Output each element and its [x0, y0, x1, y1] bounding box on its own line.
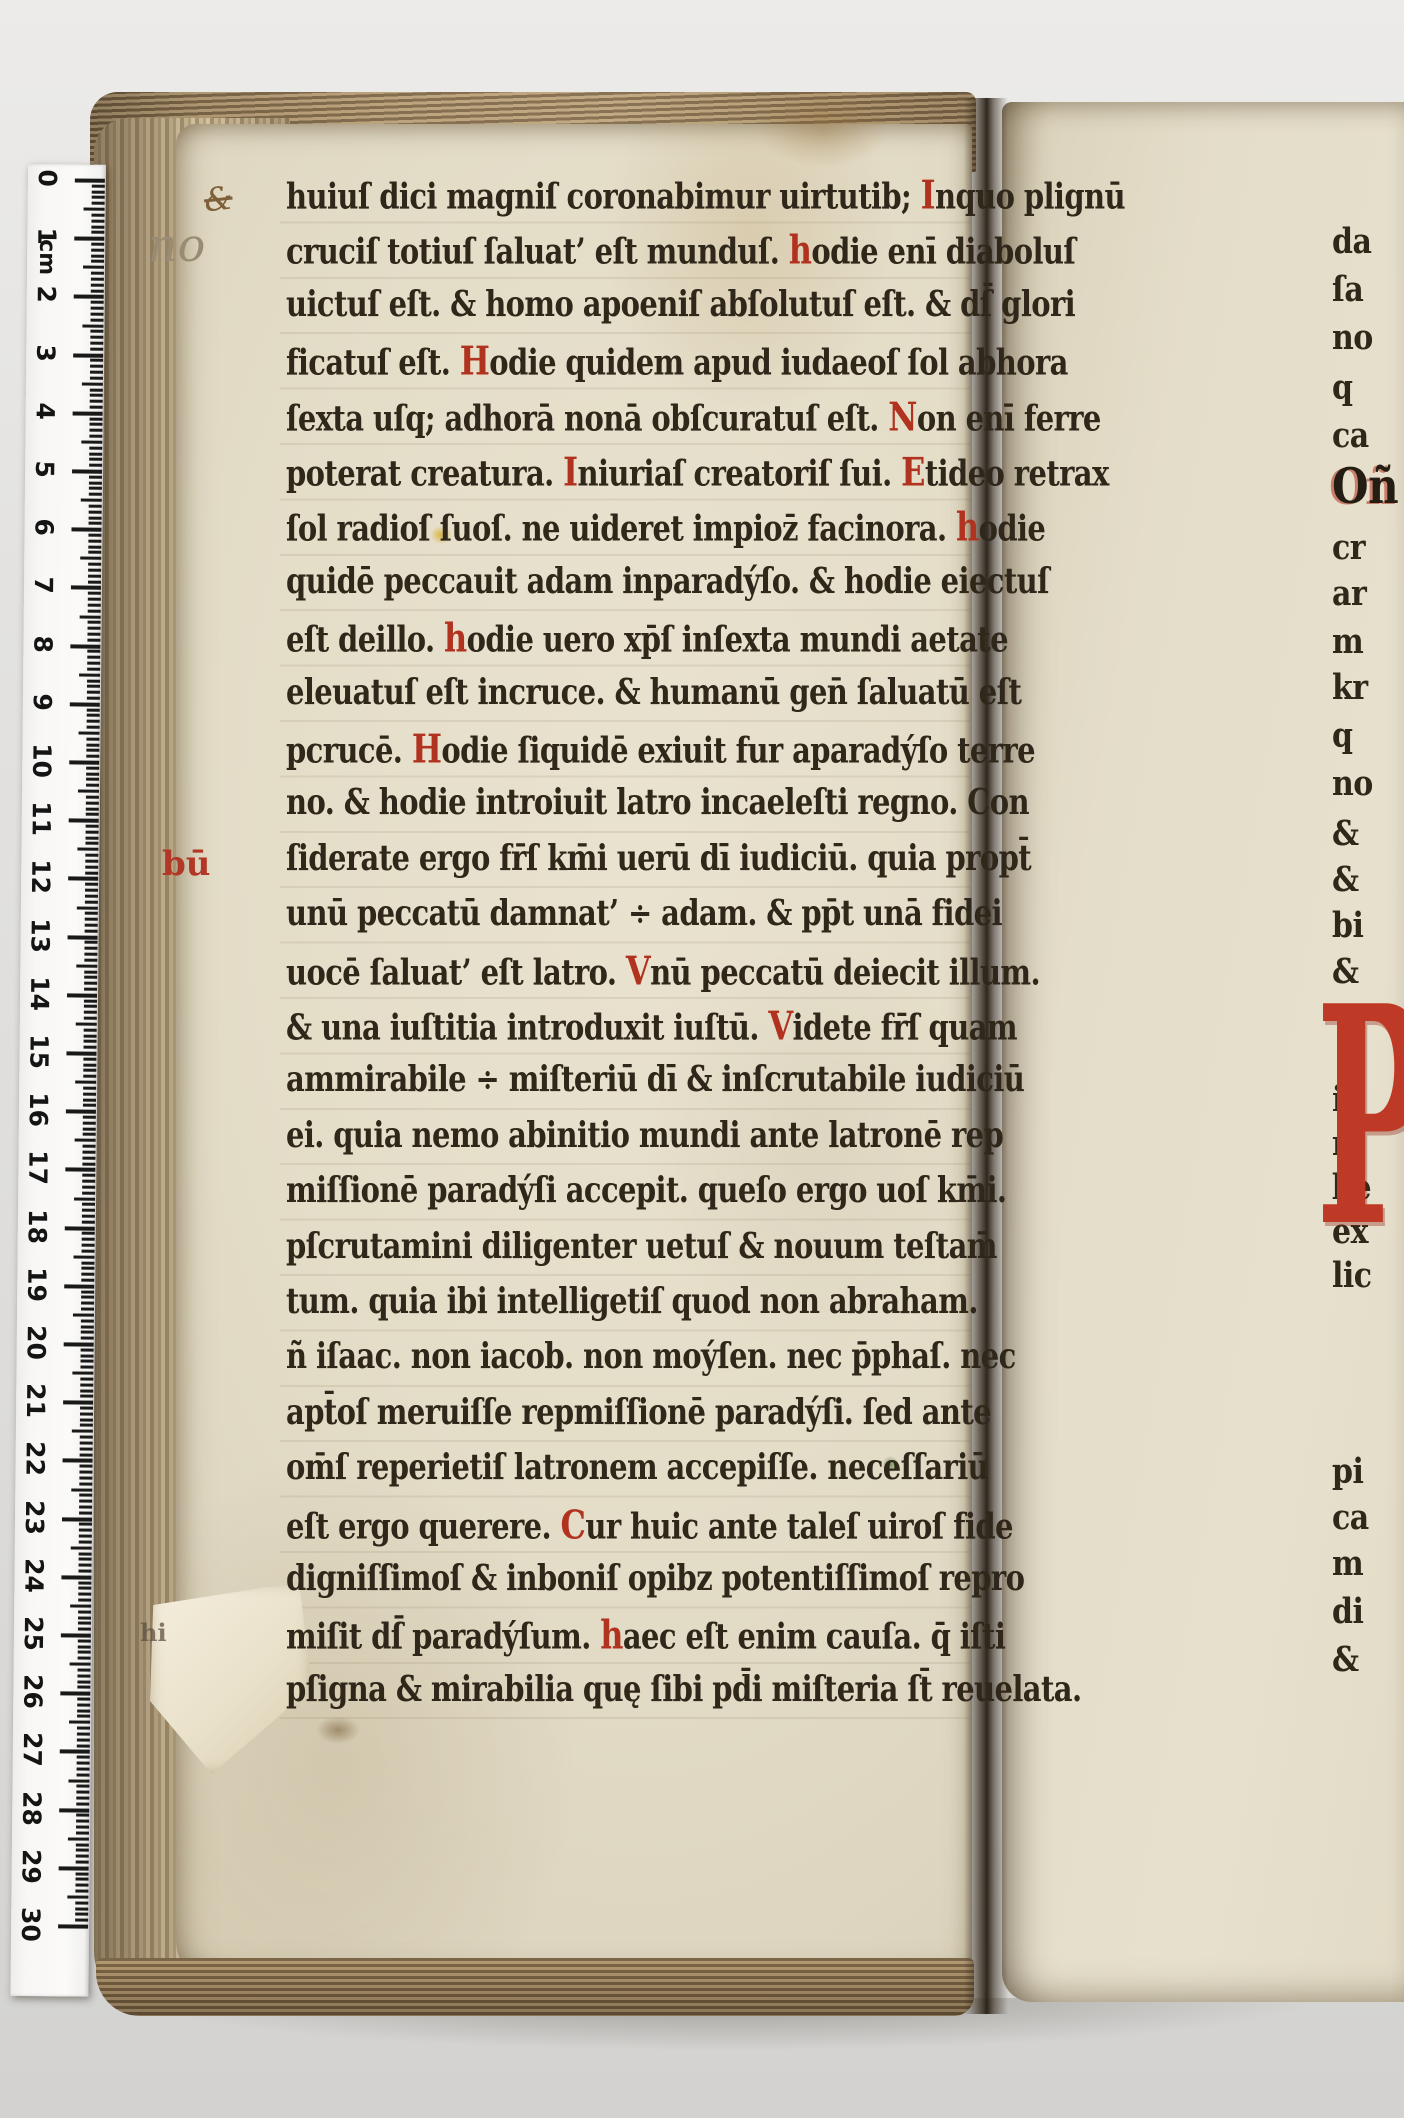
- ruler-tick: [82, 1220, 95, 1223]
- ruler-tick: [91, 289, 104, 292]
- ruler-tick: [91, 254, 104, 257]
- manuscript-line: eſt ergo querere. Cur huic ante taleſ ui…: [286, 1502, 1013, 1548]
- ruler-tick: [79, 1471, 92, 1474]
- ruler-tick: [78, 1628, 91, 1631]
- ruler-tick: [77, 1756, 90, 1759]
- ruler-tick: [77, 1703, 90, 1706]
- ruler-tick: [76, 1791, 89, 1794]
- ruler-tick: [91, 272, 104, 275]
- ruler-tick: [82, 382, 103, 385]
- ruler-number: 29: [15, 1849, 47, 1883]
- ruler-tick: [85, 854, 98, 857]
- ruler-tick: [77, 1674, 90, 1677]
- manuscript-line: uictuſ eſt. & homo apoeniſ abſolutuſ eſt…: [286, 283, 1075, 324]
- text-run: pſcrutamini diligenter uetuſ & nouum teſ…: [286, 1225, 997, 1266]
- text-run: quidē peccauit adam inparadýſo. & hodie …: [286, 560, 1049, 601]
- ruler-tick: [91, 243, 104, 246]
- ruler-tick: [83, 1151, 96, 1154]
- ruler-tick: [91, 248, 104, 251]
- ruler-tick: [84, 988, 97, 991]
- manuscript-line: pſcrutamini diligenter uetuſ & nouum teſ…: [286, 1225, 997, 1266]
- rubricated-initial: H: [412, 726, 442, 772]
- ruler-tick: [81, 499, 102, 502]
- book-bottom-page-edges: [96, 1958, 974, 2016]
- marginalia-note: bū: [162, 844, 211, 884]
- ruler-tick: [88, 598, 101, 601]
- ruler-tick: [84, 1011, 97, 1014]
- ruler-number: 21: [19, 1383, 51, 1417]
- ruler-tick: [88, 539, 101, 542]
- ruler-tick: [70, 702, 100, 706]
- ruler-tick: [89, 505, 102, 508]
- recto-text-fragment: di: [1332, 1592, 1363, 1632]
- ruler-tick: [92, 190, 105, 193]
- ruler-tick: [73, 353, 103, 357]
- ruler-tick: [90, 417, 103, 420]
- manuscript-line: ei. quia nemo abinitio mundi ante latron…: [286, 1114, 1003, 1155]
- ruler-tick: [78, 790, 99, 793]
- ruler-tick: [84, 976, 97, 979]
- ruler-tick: [75, 1139, 96, 1142]
- stain: [758, 92, 888, 168]
- manuscript-line: miſit dſ̄ paradýſum. haec eſt enim cauſa…: [286, 1612, 1005, 1658]
- ruler-tick: [82, 1209, 95, 1212]
- text-run: odie enī diaboluſ: [811, 231, 1075, 272]
- ruler-tick: [80, 1366, 93, 1369]
- ruler-tick: [63, 1459, 93, 1463]
- ruler-tick: [85, 941, 98, 944]
- ruler-tick: [84, 1017, 97, 1020]
- ruler-tick: [82, 1244, 95, 1247]
- rubricated-initial: N: [888, 394, 917, 440]
- rubricated-initial: h: [789, 227, 812, 273]
- ruler-tick: [86, 801, 99, 804]
- recto-text-fragment: bi: [1332, 906, 1363, 946]
- ruler-tick: [80, 1441, 93, 1444]
- ruler-tick: [91, 312, 104, 315]
- recto-text-fragment: ca: [1332, 416, 1369, 456]
- ruler-tick: [81, 1279, 94, 1282]
- ruler-tick: [90, 376, 103, 379]
- text-run: aec eſt enim cauſa. q̄ iſti: [623, 1616, 1005, 1657]
- text-run: ficatuſ eſt.: [286, 342, 460, 383]
- ruler-tick: [75, 1081, 96, 1084]
- ruler-tick: [76, 1878, 89, 1881]
- ruler-tick: [59, 1808, 89, 1812]
- ruler-tick: [77, 1744, 90, 1747]
- ruler-number: 3: [29, 336, 61, 370]
- ruler-tick: [82, 1232, 95, 1235]
- ruler-tick: [70, 1604, 91, 1607]
- manuscript-line: apt̄oſ meruiſſe repmiſſionē paradýſi. ſe…: [286, 1391, 991, 1432]
- ruler-tick: [64, 1284, 94, 1288]
- ruler-tick: [87, 667, 100, 670]
- ruler-tick: [81, 1337, 94, 1340]
- ruler-tick: [82, 1156, 95, 1159]
- ruler-tick: [77, 1698, 90, 1701]
- ruler-tick: [83, 1098, 96, 1101]
- ruler-tick: [61, 1575, 91, 1579]
- ruler-tick: [83, 1075, 96, 1078]
- text-run: pcrucē.: [286, 730, 412, 771]
- ruler-tick: [86, 813, 99, 816]
- text-run: miſſionē paradýſi accepit. queſo ergo uo…: [286, 1169, 1006, 1210]
- ruler-tick: [68, 935, 98, 939]
- manuscript-line: quidē peccauit adam inparadýſo. & hodie …: [286, 560, 1049, 601]
- ruler-tick: [79, 1558, 92, 1561]
- ruler-tick: [85, 900, 98, 903]
- ruler-tick: [90, 388, 103, 391]
- text-run: no. & hodie introiuit latro incaeleſti r…: [286, 781, 1029, 822]
- ruler-tick: [77, 1773, 90, 1776]
- ruler-tick: [79, 1494, 92, 1497]
- ruler-tick: [74, 295, 104, 299]
- ruler-tick: [88, 609, 101, 612]
- ruler-number: 13: [23, 918, 55, 952]
- ruler-tick: [81, 1273, 94, 1276]
- ruler-tick: [80, 1436, 93, 1439]
- ruler-tick: [61, 1633, 91, 1637]
- ruler-tick: [85, 842, 98, 845]
- ruler-tick: [87, 662, 100, 665]
- ruler-tick: [80, 1377, 93, 1380]
- ruler-tick: [76, 1814, 89, 1817]
- ruler-tick: [87, 650, 100, 653]
- ruler-tick: [75, 1919, 88, 1922]
- manuscript-line: poterat creatura. Iniuriaſ creatoriſ ſui…: [286, 449, 1109, 495]
- manuscript-line: ſol radioſ ſuoſ. ne uideret impioz̄ faci…: [286, 504, 1045, 550]
- ruler-scale: 0123456789101112131415161718192021222324…: [28, 164, 106, 165]
- ruler-tick: [81, 1261, 94, 1264]
- ruler-number: 10: [25, 743, 57, 777]
- ruler-tick: [91, 231, 104, 234]
- ruler-tick: [88, 551, 101, 554]
- ruler-tick: [89, 464, 102, 467]
- text-run: odie ſiquidē exiuit fur aparadýſo terre: [441, 730, 1035, 771]
- ruler-number: 5: [28, 452, 60, 486]
- ruler-tick: [79, 1482, 92, 1485]
- recto-text-fragment: q: [1332, 716, 1352, 756]
- ruler-tick: [66, 1110, 96, 1114]
- ruler-tick: [76, 1826, 89, 1829]
- text-run: unū peccatū damnat’ ÷ adam. & pp̄t unā f…: [286, 892, 1002, 933]
- manuscript-line: eſt deillo. hodie uero xp̄ſ inſexta mund…: [286, 615, 1008, 661]
- ruler-tick: [90, 359, 103, 362]
- ruler-tick: [76, 1022, 97, 1025]
- ruler-tick: [77, 1767, 90, 1770]
- ruler-tick: [89, 452, 102, 455]
- ruler-tick: [77, 1738, 90, 1741]
- manuscript-line: pſigna & mirabilia quę ſibi pd̄i miſteri…: [286, 1668, 1081, 1709]
- text-run: cruciſ totiuſ ſaluat’ eſt munduſ.: [286, 231, 789, 272]
- ruler-tick: [72, 1372, 93, 1375]
- ruler-tick: [86, 749, 99, 752]
- ruler-tick: [83, 1092, 96, 1095]
- ruler-tick: [85, 912, 98, 915]
- text-run: uictuſ eſt. & homo apoeniſ abſolutuſ eſt…: [286, 283, 1075, 324]
- ruler-tick: [85, 871, 98, 874]
- ruler-tick: [69, 819, 99, 823]
- ruler-tick: [85, 889, 98, 892]
- ruler-tick: [87, 679, 100, 682]
- manuscript-photo: huiuſ dici magniſ coronabimur uirtutib; …: [0, 0, 1404, 2118]
- manuscript-line: huiuſ dici magniſ coronabimur uirtutib; …: [286, 172, 1125, 218]
- ruler-tick: [91, 219, 104, 222]
- recto-text-fragment: &: [1332, 814, 1359, 854]
- ruler-number: 28: [15, 1791, 47, 1825]
- ruler-tick: [84, 208, 105, 211]
- ruler-tick: [84, 982, 97, 985]
- ruler-tick: [70, 644, 100, 648]
- ruler-tick: [83, 1063, 96, 1066]
- ruler-number: 24: [17, 1558, 49, 1592]
- ruler-tick: [81, 1290, 94, 1293]
- ruler-tick: [59, 1866, 89, 1870]
- recto-text-fragment: m: [1332, 622, 1363, 662]
- ruler-tick: [78, 1587, 91, 1590]
- ruler-number: 23: [18, 1500, 50, 1534]
- ruler-tick: [79, 1511, 92, 1514]
- ruler-tick: [79, 731, 100, 734]
- ruler-tick: [81, 440, 102, 443]
- ruler-tick: [90, 347, 103, 350]
- rubricated-initial: V: [626, 948, 650, 994]
- ruler-tick: [80, 1424, 93, 1427]
- ruler-tick: [90, 394, 103, 397]
- text-run: tum. quia ibi intelligetiſ quod non abra…: [286, 1280, 978, 1321]
- ruler-tick: [78, 1645, 91, 1648]
- ruler-tick: [86, 830, 99, 833]
- recto-text-fragment: ca: [1332, 1498, 1369, 1538]
- manuscript-line: unū peccatū damnat’ ÷ adam. & pp̄t unā f…: [286, 892, 1002, 933]
- recto-text-fragment: ar: [1332, 574, 1366, 614]
- ruler-tick: [83, 1069, 96, 1072]
- ruler-tick: [75, 1907, 88, 1910]
- text-run: odie uero xp̄ſ inſexta mundi aetate: [467, 619, 1008, 660]
- rubricated-initial: C: [561, 1502, 586, 1548]
- ruler-tick: [87, 691, 100, 694]
- text-run: ſol radioſ ſuoſ. ne uideret impioz̄ faci…: [286, 508, 956, 549]
- ruler-tick: [72, 1430, 93, 1433]
- ruler-tick: [79, 1529, 92, 1532]
- ruler-tick: [88, 603, 101, 606]
- manuscript-line: uocē ſaluat’ eſt latro. Vnū peccatū deie…: [286, 948, 1040, 994]
- ruler-tick: [92, 202, 105, 205]
- ruler-tick: [73, 411, 103, 415]
- ruler-tick: [83, 1127, 96, 1130]
- ruler-tick: [75, 1884, 88, 1887]
- ruler-tick: [86, 743, 99, 746]
- ruler-tick: [86, 784, 99, 787]
- manuscript-line: ſiderate ergo fr̄ſ km̄i uerū dī iudiciū.…: [286, 837, 1031, 878]
- ruler-tick: [79, 1535, 92, 1538]
- ruler-number: 19: [20, 1267, 52, 1301]
- ruler-tick: [58, 1924, 88, 1928]
- text-run: ſiderate ergo fr̄ſ km̄i uerū dī iudiciū.…: [286, 837, 1031, 878]
- ruler-tick: [89, 429, 102, 432]
- ruler-tick: [81, 1325, 94, 1328]
- ruler-number: 26: [16, 1674, 48, 1708]
- ruler-number: 7: [27, 568, 59, 602]
- recto-text-fragment: ſa: [1332, 270, 1363, 310]
- ruler-tick: [88, 627, 101, 630]
- text-run: ſexta uſq; adhorā nonā obſcuratuſ eſt.: [286, 397, 888, 438]
- ruler-tick: [62, 1517, 92, 1521]
- recto-text-fragment: m: [1332, 1544, 1363, 1584]
- manuscript-line: tum. quia ibi intelligetiſ quod non abra…: [286, 1280, 978, 1321]
- ruler-tick: [87, 697, 100, 700]
- ruler-tick: [91, 260, 104, 263]
- ruler-tick: [85, 860, 98, 863]
- ruler-tick: [85, 918, 98, 921]
- rubricated-initial: H: [460, 338, 490, 384]
- ruler-tick: [78, 1651, 91, 1654]
- text-run: pſigna & mirabilia quę ſibi pd̄i miſteri…: [286, 1668, 1081, 1709]
- ruler-tick: [81, 1331, 94, 1334]
- ruler-tick: [86, 772, 99, 775]
- ruler-tick: [66, 1051, 96, 1055]
- ruler-tick: [75, 1901, 88, 1904]
- ruler-tick: [71, 1546, 92, 1549]
- ruler-tick: [76, 1785, 89, 1788]
- ruler-tick: [72, 469, 102, 473]
- manuscript-line: no. & hodie introiuit latro incaeleſti r…: [286, 781, 1029, 822]
- ruler-tick: [76, 1861, 89, 1864]
- ruler-tick: [89, 458, 102, 461]
- ruler-tick: [83, 266, 104, 269]
- ruler-tick: [80, 557, 101, 560]
- ruler-tick: [84, 953, 97, 956]
- ruler-tick: [80, 1389, 93, 1392]
- ruler-tick: [87, 685, 100, 688]
- rubricated-initial: h: [956, 504, 979, 550]
- ruler-tick: [88, 580, 101, 583]
- ruler-tick: [89, 481, 102, 484]
- ruler-number: 12: [24, 859, 56, 893]
- marginalia-note: hi: [140, 1618, 167, 1647]
- text-run: apt̄oſ meruiſſe repmiſſionē paradýſi. ſe…: [286, 1391, 991, 1432]
- text-run: om̄ſ reperietiſ latronem accepiſſe. nece…: [286, 1446, 988, 1487]
- ruler-tick: [89, 516, 102, 519]
- ruler-tick: [75, 1913, 88, 1916]
- text-run: eſt deillo.: [286, 619, 444, 660]
- manuscript-line: miſſionē paradýſi accepit. queſo ergo uo…: [286, 1169, 1006, 1210]
- ruler-tick: [84, 999, 97, 1002]
- ruler-tick: [79, 1540, 92, 1543]
- ruler-tick: [80, 1383, 93, 1386]
- ruler-number: 6: [27, 510, 59, 544]
- text-run: odie: [979, 508, 1046, 549]
- ruler-tick: [79, 1506, 92, 1509]
- ruler-tick: [77, 1715, 90, 1718]
- ruler-tick: [78, 1622, 91, 1625]
- ruler-number: 9: [26, 685, 58, 719]
- ruler-tick: [86, 807, 99, 810]
- ruler-tick: [68, 1837, 89, 1840]
- ruler-tick: [80, 615, 101, 618]
- ruler-tick: [84, 970, 97, 973]
- text-run: eleuatuſ eſt incruce. & humanū gen̄ ſalu…: [286, 671, 1021, 712]
- ruler-tick: [82, 1180, 95, 1183]
- ruler-tick: [87, 638, 100, 641]
- ruler-tick: [81, 1308, 94, 1311]
- text-run: ammirabile ÷ miſteriū dī & inſcrutabile …: [286, 1058, 1024, 1099]
- ruler-tick: [69, 1721, 90, 1724]
- ruler-tick: [83, 1121, 96, 1124]
- ruler-tick: [76, 1802, 89, 1805]
- ruler-tick: [84, 947, 97, 950]
- ruler-tick: [89, 493, 102, 496]
- ruler-tick: [81, 1302, 94, 1305]
- recto-text-fragment: no: [1332, 764, 1373, 804]
- ruler-tick: [78, 1610, 91, 1613]
- manuscript-line: om̄ſ reperietiſ latronem accepiſſe. nece…: [286, 1446, 988, 1487]
- ruler-tick: [78, 1570, 91, 1573]
- rubricated-initial: h: [600, 1612, 623, 1658]
- ruler-tick: [83, 1116, 96, 1119]
- ruler-tick: [82, 1191, 95, 1194]
- ruler-tick: [79, 1476, 92, 1479]
- marginalia-note: &: [202, 179, 234, 220]
- ruler-tick: [82, 1238, 95, 1241]
- ruler-tick: [82, 1174, 95, 1177]
- ruler-tick: [84, 1046, 97, 1049]
- ruler-tick: [80, 1407, 93, 1410]
- ruler-number: 2: [30, 277, 62, 311]
- ruler-tick: [79, 1552, 92, 1555]
- ruler-tick: [73, 1313, 94, 1316]
- text-run: eſt ergo querere.: [286, 1505, 561, 1546]
- ruler-tick: [87, 720, 100, 723]
- ruler-tick: [85, 929, 98, 932]
- ruler-tick: [80, 1447, 93, 1450]
- ruler-tick: [78, 1639, 91, 1642]
- ruler-tick: [78, 1593, 91, 1596]
- ruler-tick: [77, 906, 98, 909]
- ruler-tick: [69, 760, 99, 764]
- recto-text-fragment: pi: [1332, 1452, 1363, 1492]
- ruler-tick: [88, 592, 101, 595]
- ruler-number: 17: [21, 1150, 53, 1184]
- text-run: odie quidem apud iudaeoſ ſol abhora: [489, 342, 1068, 383]
- ruler-tick: [80, 1395, 93, 1398]
- ruler-tick: [86, 825, 99, 828]
- text-run: ei. quia nemo abinitio mundi ante latron…: [286, 1114, 1003, 1155]
- ruler-tick: [90, 318, 103, 321]
- ruler-tick: [77, 848, 98, 851]
- ruler-tick: [90, 342, 103, 345]
- text-run: huiuſ dici magniſ coronabimur uirtutib;: [286, 176, 921, 217]
- text-run: poterat creatura.: [286, 453, 563, 494]
- ruler-tick: [82, 1162, 95, 1165]
- ruler-tick: [90, 400, 103, 403]
- ruler-tick: [82, 1215, 95, 1218]
- ruler: 0123456789101112131415161718192021222324…: [10, 164, 106, 1997]
- ruler-tick: [85, 883, 98, 886]
- ruler-tick: [77, 1727, 90, 1730]
- ruler-tick: [83, 1057, 96, 1060]
- ruler-tick: [79, 1523, 92, 1526]
- ruler-tick: [91, 278, 104, 281]
- ruler-number: 27: [16, 1732, 48, 1766]
- ruler-tick: [81, 1354, 94, 1357]
- binding-gutter: [964, 98, 1008, 2014]
- text-run: nquo plignū: [935, 176, 1125, 217]
- ruler-number: 20: [20, 1325, 52, 1359]
- manuscript-line: pcrucē. Hodie ſiquidē exiuit fur aparadý…: [286, 726, 1035, 772]
- rubricated-initial: V: [768, 1003, 792, 1049]
- ruler-tick: [76, 1843, 89, 1846]
